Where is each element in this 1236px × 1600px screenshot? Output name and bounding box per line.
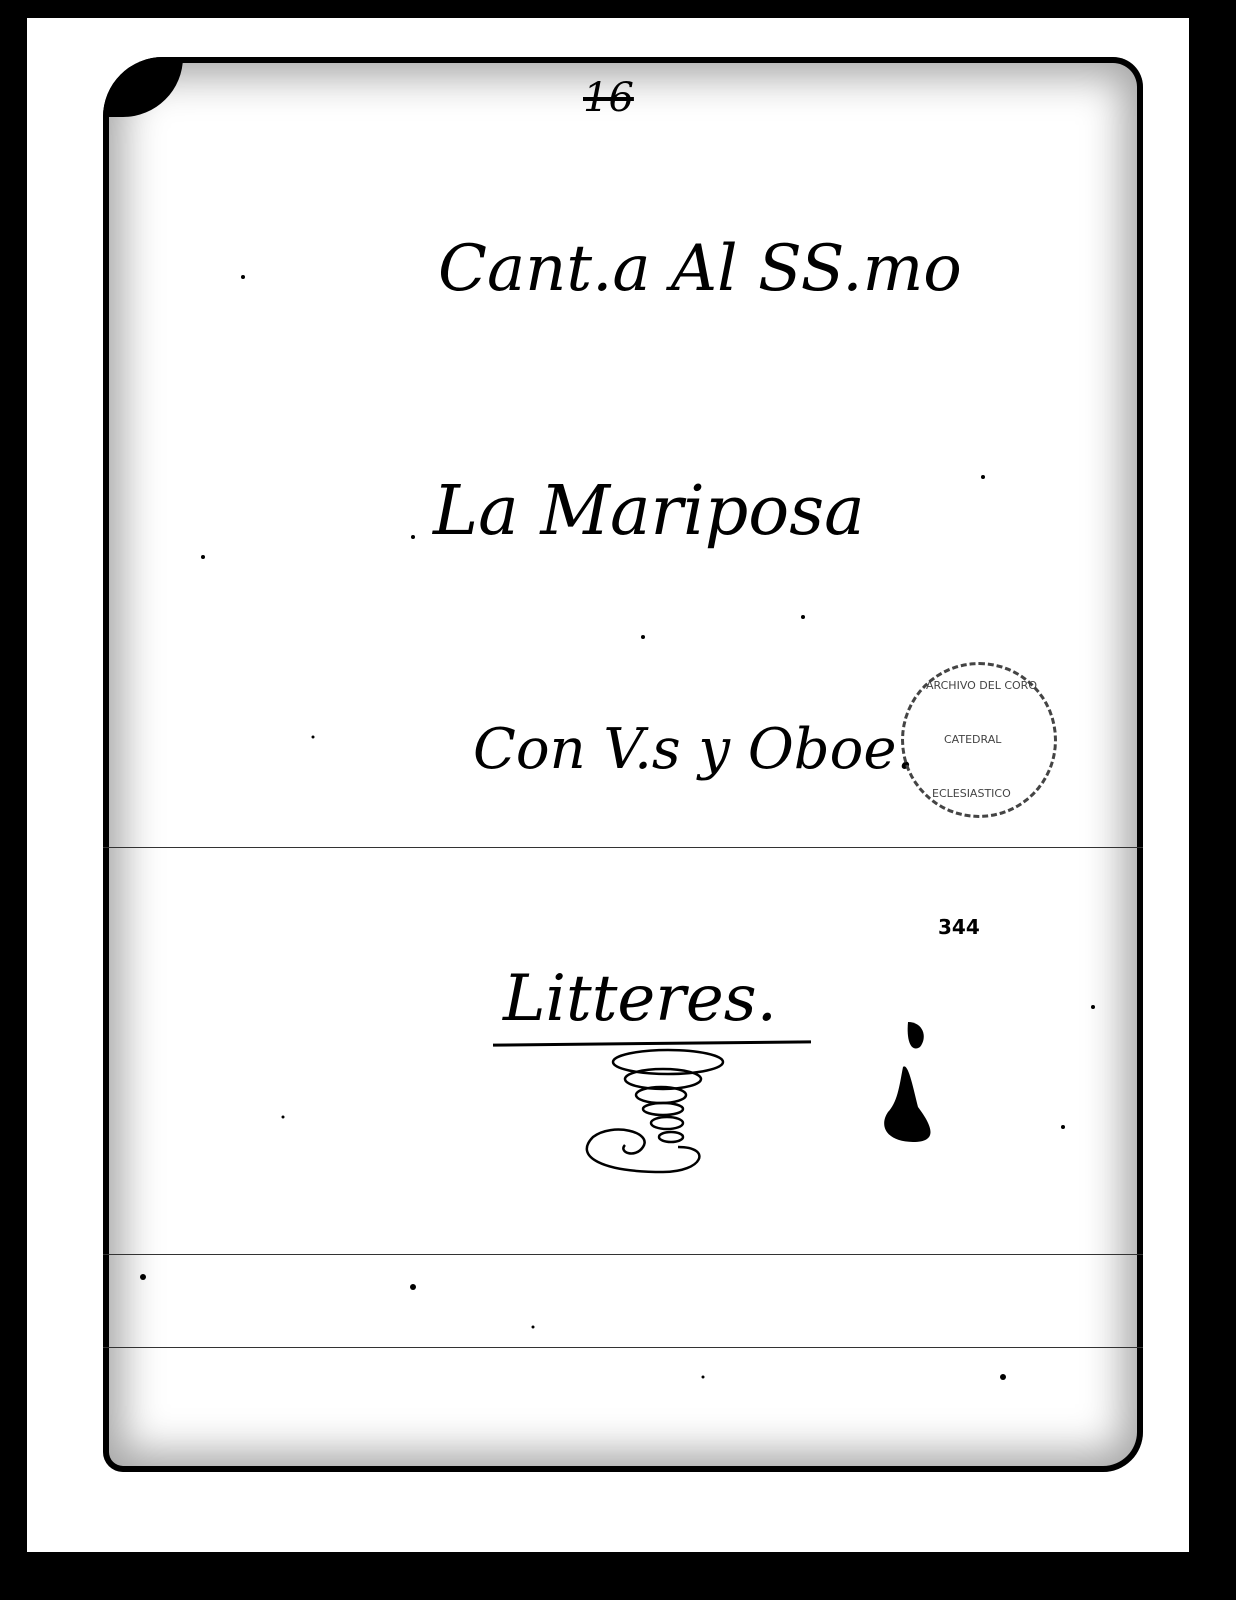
manuscript-page: 16 Cant.a Al SS.mo La Mariposa Con V.s y… [103, 57, 1143, 1472]
paper-speckle [103, 57, 1143, 1472]
